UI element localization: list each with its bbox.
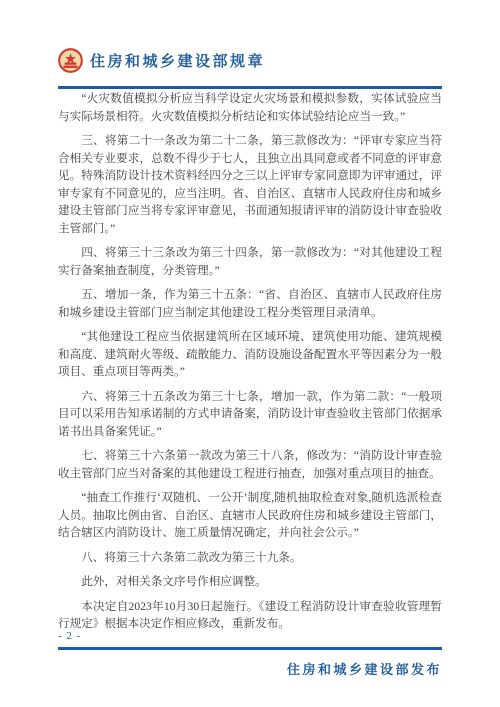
footer-divider [58,647,442,650]
body-paragraph: 七、将第三十六条第一款改为第三十八条，修改为：“消防设计审查验收主管部门应当对备… [58,447,442,482]
body-paragraph: “其他建设工程应当依据建筑所在区域环境、建筑使用功能、建筑规模和高度、建筑耐火等… [58,328,442,381]
page-number: - 2 - [58,630,81,642]
publisher-line: 住房和城乡建设部发布 [287,659,442,678]
body-paragraph: 此外，对相关条文序号作相应调整。 [58,573,442,591]
header-divider [58,86,442,89]
document-body: “火灾数值模拟分析应当科学设定火灾场景和模拟参数，实体试验应当与实际场景相符。火… [58,90,442,633]
body-paragraph: 本决定自2023年10月30日起施行。《建设工程消防设计审查验收管理暂行规定》根… [58,598,442,633]
body-paragraph: “火灾数值模拟分析应当科学设定火灾场景和模拟参数，实体试验应当与实际场景相符。火… [58,90,442,125]
body-paragraph: 八、将第三十六条第二款改为第三十九条。 [58,549,442,567]
body-paragraph: 三、将第二十一条改为第二十二条，第三款修改为：“评审专家应当符合相关专业要求，总… [58,132,442,237]
header-title: 住房和城乡建设部规章 [90,50,265,71]
body-paragraph: “抽查工作推行‘双随机、一公开’制度,随机抽取检查对象,随机选派检查人员。抽取比… [58,489,442,542]
document-header: 住房和城乡建设部规章 [58,48,442,73]
body-paragraph: 六、将第三十五条改为第三十七条，增加一款，作为第二款：“一般项目可以采用告知承诺… [58,388,442,441]
document-page: 住房和城乡建设部规章 “火灾数值模拟分析应当科学设定火灾场景和模拟参数，实体试验… [0,0,500,707]
body-paragraph: 四、将第三十三条改为第三十四条，第一款修改为：“对其他建设工程实行备案抽查制度，… [58,244,442,279]
china-national-emblem-icon [58,48,83,73]
body-paragraph: 五、增加一条，作为第三十五条：“省、自治区、直辖市人民政府住房和城乡建设主管部门… [58,286,442,321]
